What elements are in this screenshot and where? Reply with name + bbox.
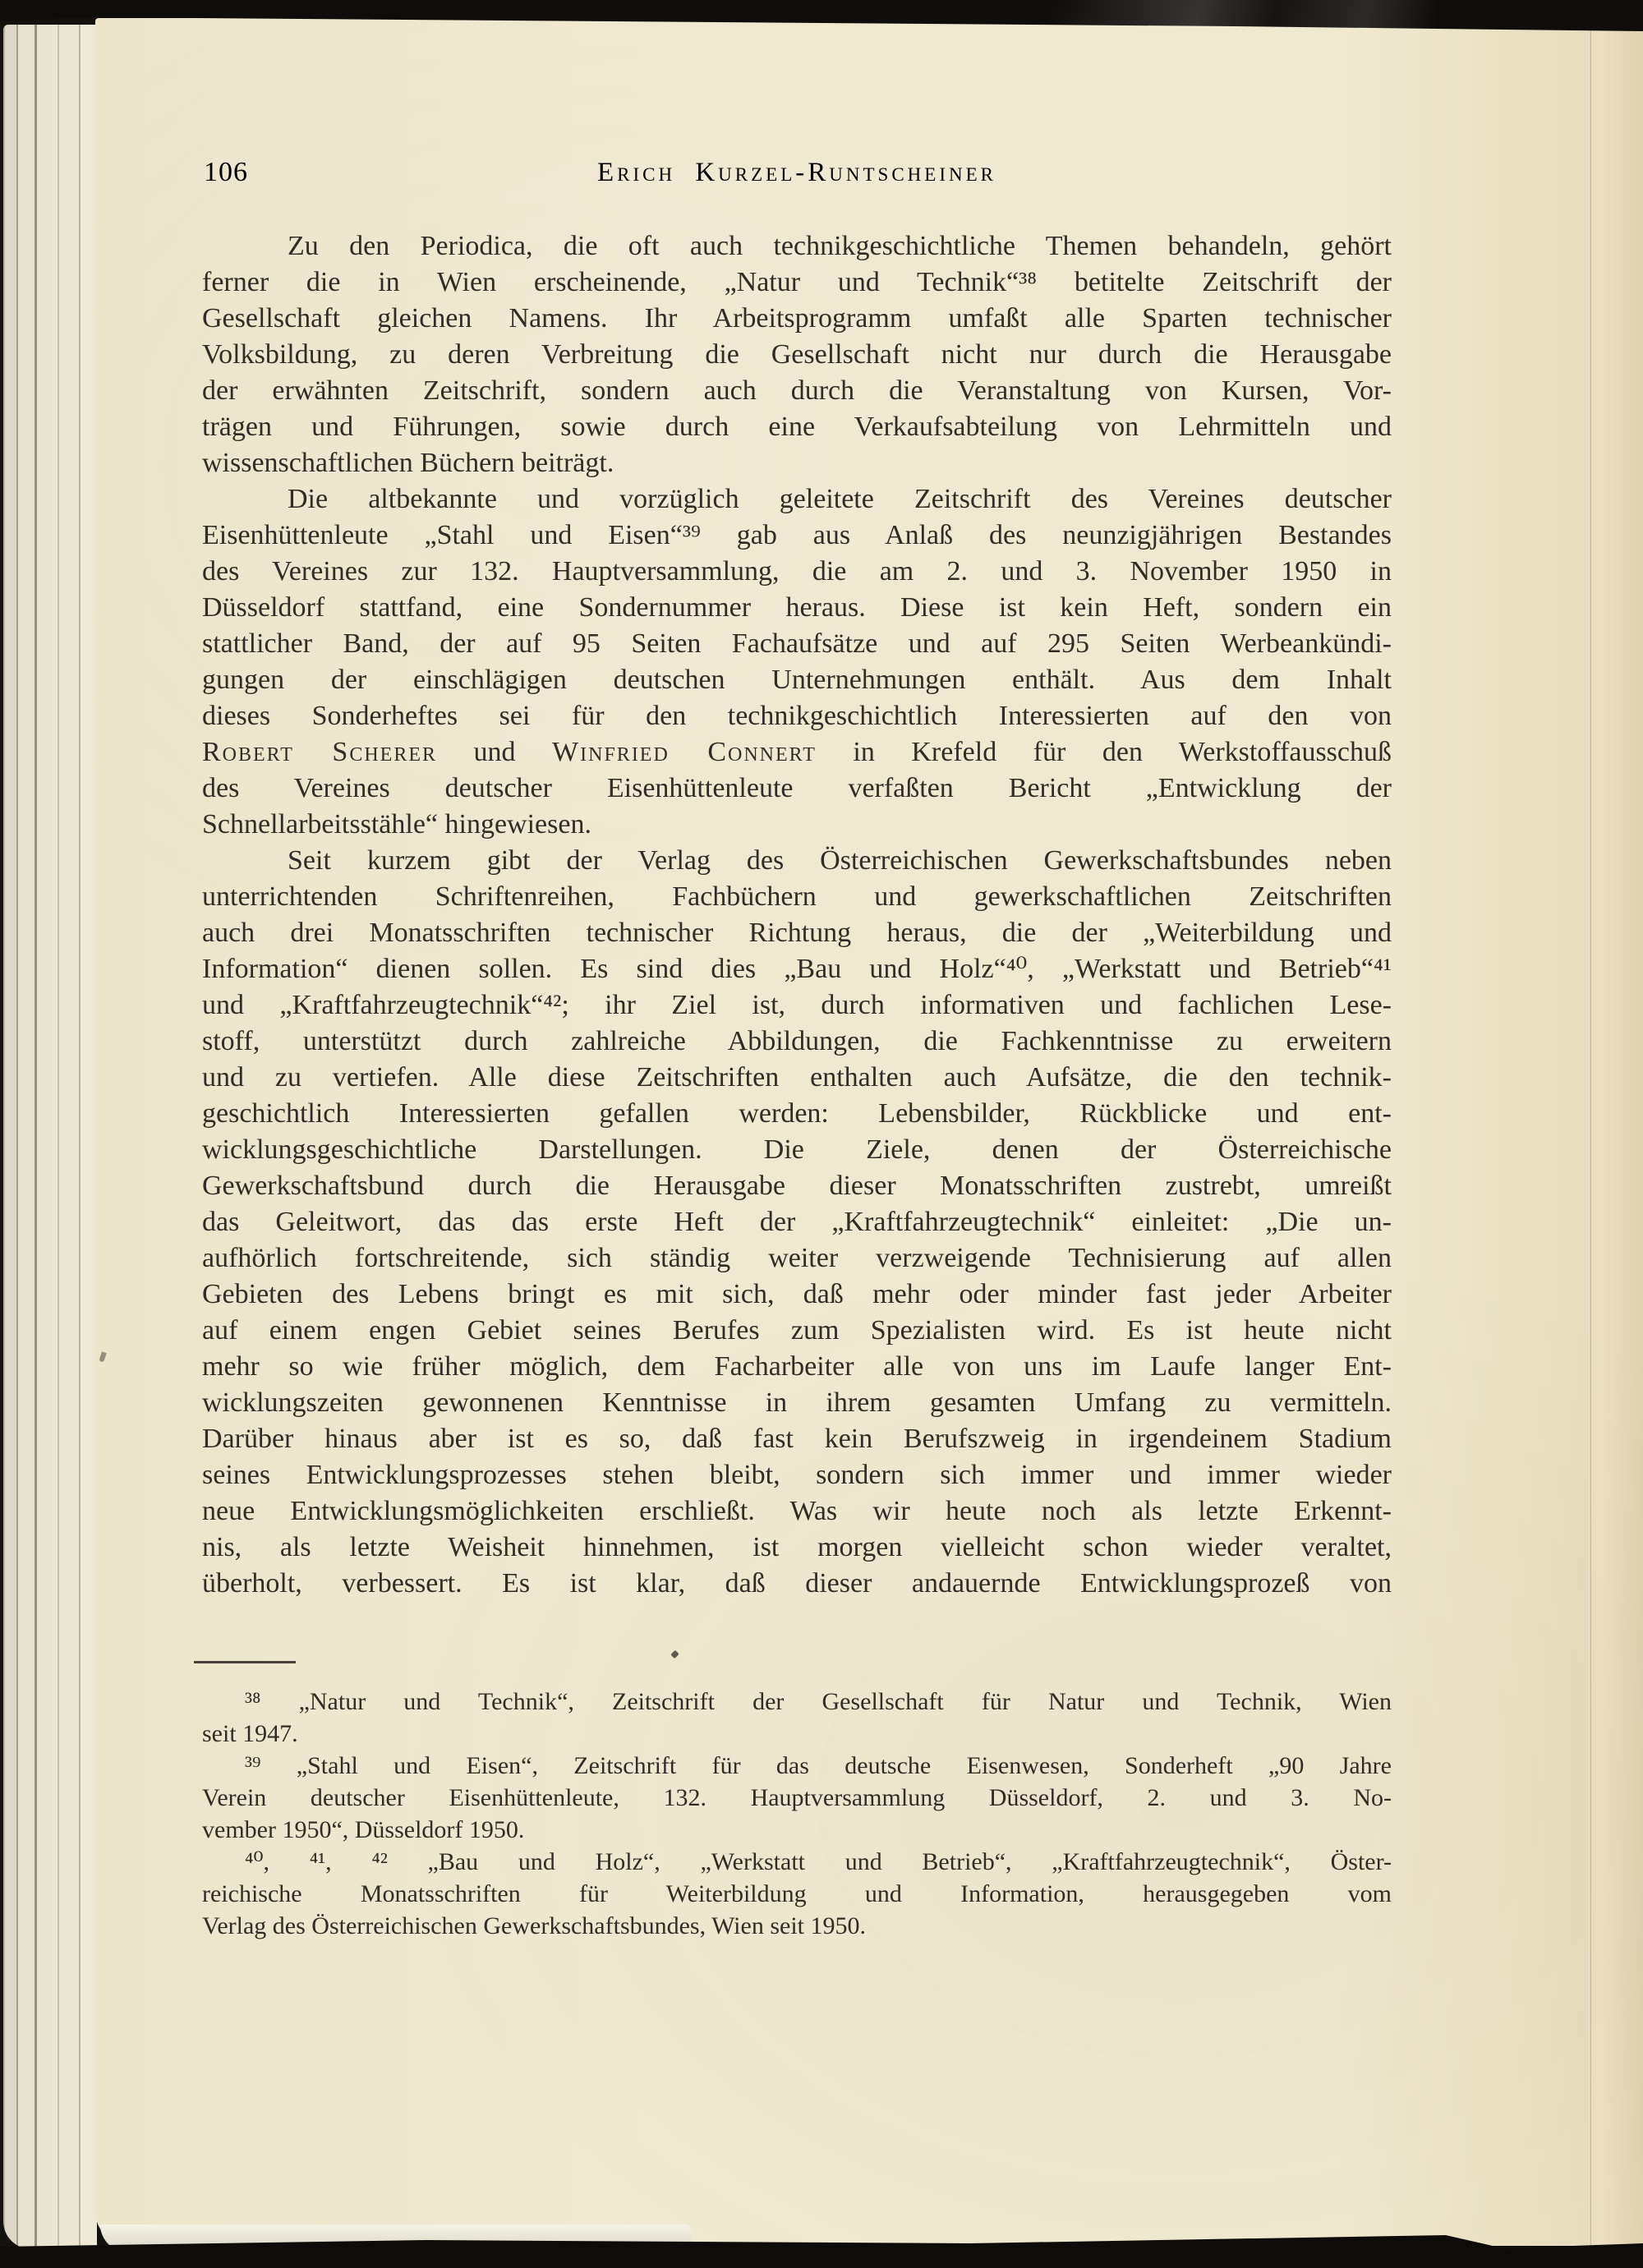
text-line: Darüber hinaus aber ist es so, daß fast … [202,1421,1392,1457]
running-header: Erich Kurzel-Runtscheiner [202,154,1392,191]
text-line: aufhörlich fortschreitende, sich ständig… [202,1240,1392,1277]
text-line: vember 1950“, Düsseldorf 1950. [202,1814,1392,1846]
text-line: Verein deutscher Eisenhüttenleute, 132. … [202,1782,1392,1814]
person-name-smallcaps: Robert Scherer [202,737,437,767]
text-line: der erwähnten Zeitschrift, sondern auch … [202,373,1392,409]
text-line: dieses Sonderheftes sei für den technikg… [202,698,1392,734]
text-line: geschichtlich Interessierten gefallen we… [202,1096,1392,1132]
text-line: wicklungszeiten gewonnenen Kenntnisse in… [202,1385,1392,1421]
text-line: Volksbildung, zu deren Verbreitung die G… [202,337,1392,373]
text-line: Robert Scherer und Winfried Connert in K… [202,734,1392,771]
running-head-row: 106 Erich Kurzel-Runtscheiner [202,154,1392,192]
footnote-39: ³⁹ „Stahl und Eisen“, Zeitschrift für da… [202,1750,1392,1846]
text-line: unterrichtenden Schriftenreihen, Fachbüc… [202,879,1392,915]
body-paragraph: Zu den Periodica, die oft auch technikge… [202,228,1392,481]
text-segment: in Krefeld für den Werkstoffausschuß [817,737,1392,767]
text-line: reichische Monatsschriften für Weiterbil… [202,1878,1392,1910]
text-line: ferner die in Wien erscheinende, „Natur … [202,265,1392,301]
text-line: mehr so wie früher möglich, dem Facharbe… [202,1349,1392,1385]
text-line: des Vereines zur 132. Hauptversammlung, … [202,554,1392,590]
text-line: wissenschaftlichen Büchern beiträgt. [202,445,1392,481]
text-line: des Vereines deutscher Eisenhüttenleute … [202,771,1392,807]
text-line: Gewerkschaftsbund durch die Herausgabe d… [202,1168,1392,1204]
text-line: Gebieten des Lebens bringt es mit sich, … [202,1277,1392,1313]
text-line: Düsseldorf stattfand, eine Sondernummer … [202,590,1392,626]
text-line: Seit kurzem gibt der Verlag des Österrei… [202,843,1392,879]
text-segment: und [437,737,552,767]
footnote-38: ³⁸ „Natur und Technik“, Zeitschrift der … [202,1686,1392,1750]
text-line: neue Entwicklungsmöglichkeiten erschließ… [202,1493,1392,1530]
bottom-page-edge [100,2224,692,2252]
person-name-smallcaps: Winfried Connert [552,737,817,767]
footnote-40-41-42: ⁴⁰, ⁴¹, ⁴² „Bau und Holz“, „Werkstatt un… [202,1846,1392,1942]
text-line: trägen und Führungen, sowie durch eine V… [202,409,1392,445]
text-line: nis, als letzte Weisheit hinnehmen, ist … [202,1530,1392,1566]
text-line: und „Kraftfahrzeugtechnik“⁴²; ihr Ziel i… [202,987,1392,1024]
text-line: Information“ dienen sollen. Es sind dies… [202,951,1392,987]
text-line: auf einem engen Gebiet seines Berufes zu… [202,1313,1392,1349]
body-paragraph: Seit kurzem gibt der Verlag des Österrei… [202,843,1392,1602]
body-text: Zu den Periodica, die oft auch technikge… [202,228,1392,1602]
text-line: gungen der einschlägigen deutschen Unter… [202,662,1392,698]
text-line: stattlicher Band, der auf 95 Seiten Fach… [202,626,1392,662]
text-line: das Geleitwort, das das erste Heft der „… [202,1204,1392,1240]
text-line: Zu den Periodica, die oft auch technikge… [202,228,1392,265]
text-line: Verlag des Österreichischen Gewerkschaft… [202,1910,1392,1942]
footnotes: ³⁸ „Natur und Technik“, Zeitschrift der … [202,1686,1392,1942]
text-line: ⁴⁰, ⁴¹, ⁴² „Bau und Holz“, „Werkstatt un… [202,1846,1392,1878]
text-line: ³⁸ „Natur und Technik“, Zeitschrift der … [202,1686,1392,1718]
text-line: auch drei Monatsschriften technischer Ri… [202,915,1392,951]
text-line: überholt, verbessert. Es ist klar, daß d… [202,1566,1392,1602]
gutter-crease [1589,18,1591,2246]
text-line: ³⁹ „Stahl und Eisen“, Zeitschrift für da… [202,1750,1392,1782]
text-line: stoff, unterstützt durch zahlreiche Abbi… [202,1024,1392,1060]
footnote-separator-rule [194,1661,296,1663]
page-stack-edges [3,25,97,2249]
book-scan-background: { "colors": { "background": "#14120f", "… [0,0,1643,2268]
text-line: Schnellarbeitsstähle“ hingewiesen. [202,807,1392,843]
text-line: seines Entwicklungsprozesses stehen blei… [202,1457,1392,1493]
text-line: Gesellschaft gleichen Namens. Ihr Arbeit… [202,301,1392,337]
text-line: Die altbekannte und vorzüglich geleitete… [202,481,1392,518]
body-paragraph: Die altbekannte und vorzüglich geleitete… [202,481,1392,843]
text-line: Eisenhüttenleute „Stahl und Eisen“³⁹ gab… [202,518,1392,554]
text-line: wicklungsgeschichtliche Darstellungen. D… [202,1132,1392,1168]
text-line: seit 1947. [202,1718,1392,1750]
text-line: und zu vertiefen. Alle diese Zeitschrift… [202,1060,1392,1096]
